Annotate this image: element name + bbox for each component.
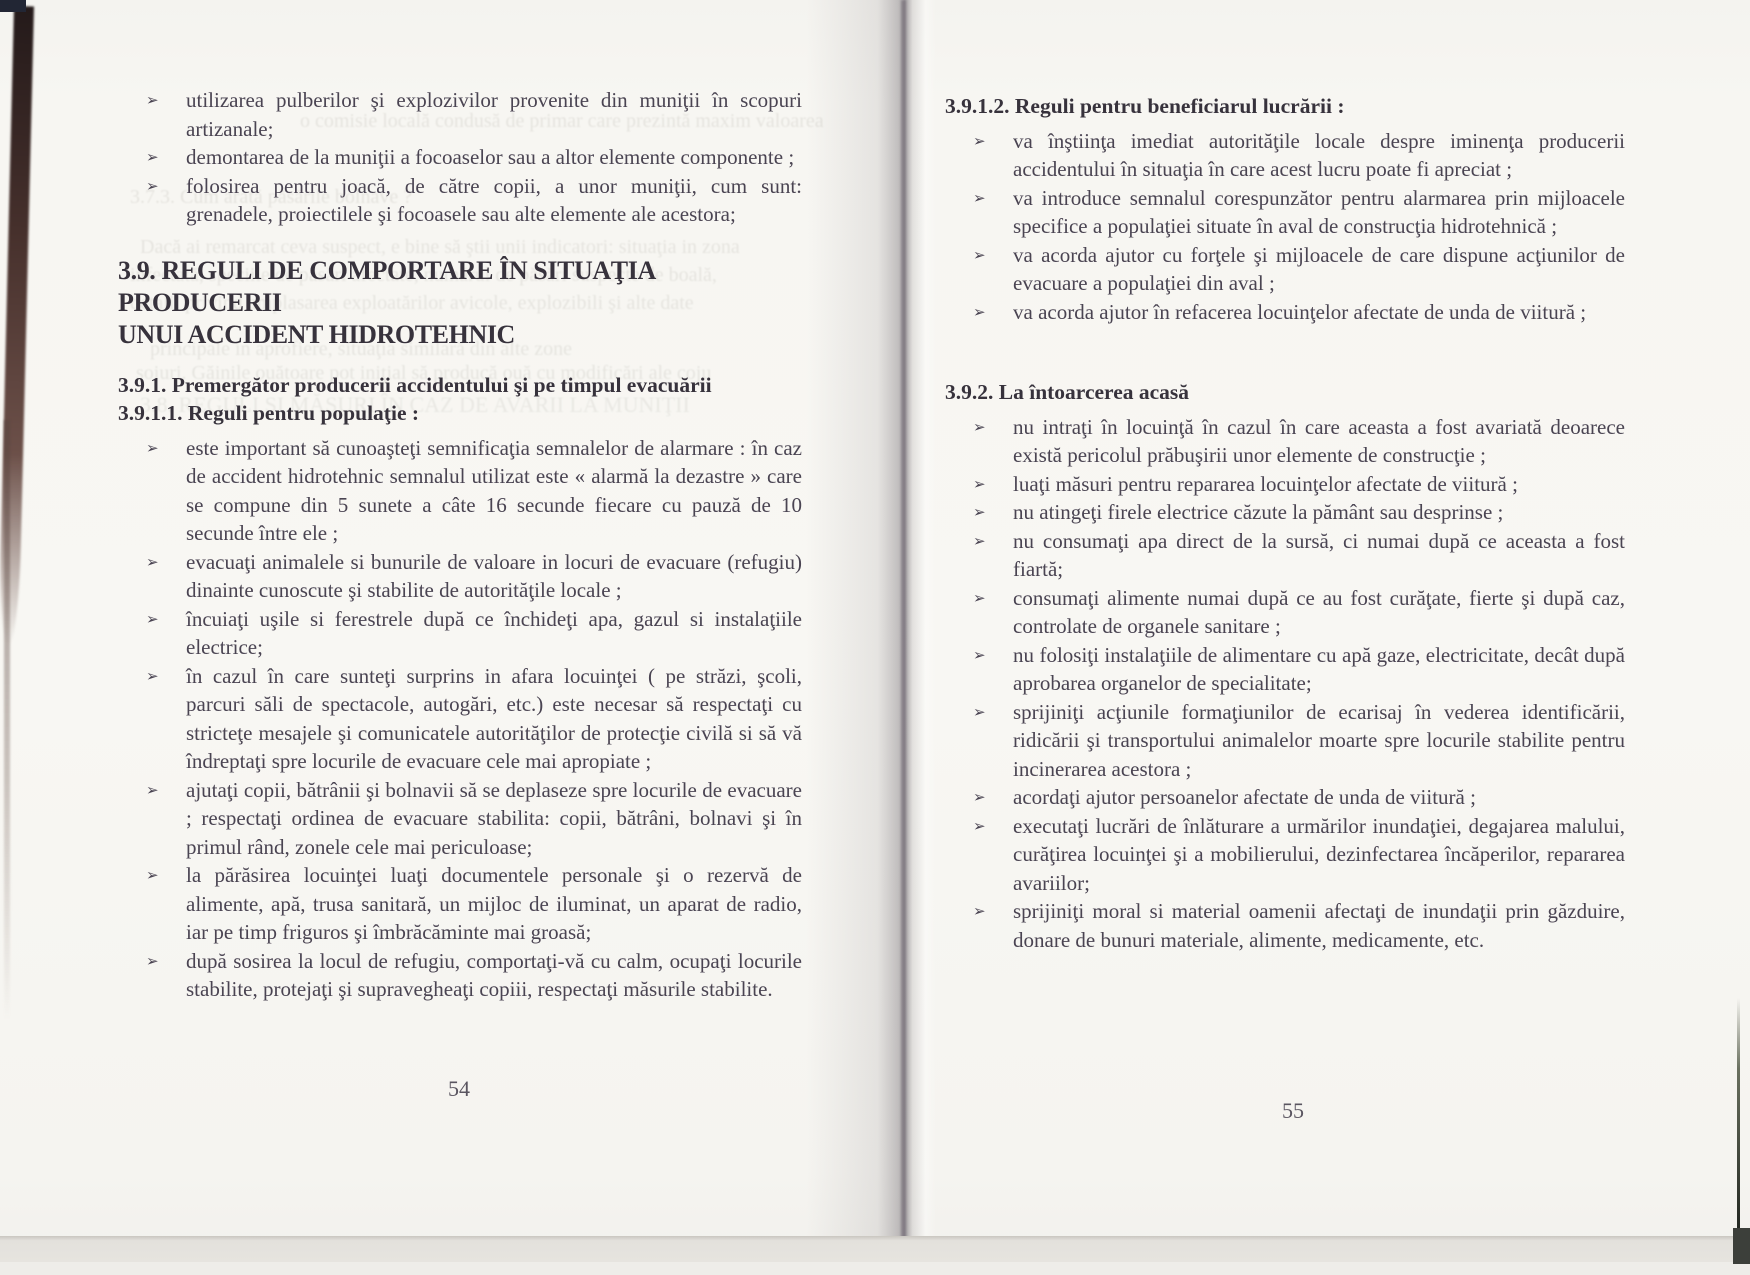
list-item-text: va acorda ajutor în refacerea locuinţelo…	[1013, 298, 1625, 327]
list-item-text: sprijiniţi moral si material oamenii afe…	[1013, 897, 1625, 954]
arrow-bullet-icon: ➢	[146, 605, 186, 634]
arrow-bullet-icon: ➢	[146, 776, 186, 805]
list-item: ➢ după sosirea la locul de refugiu, comp…	[118, 947, 802, 1004]
list-item-text: nu consumaţi apa direct de la sursă, ci …	[1013, 527, 1625, 584]
scan-corner-mark	[0, 0, 26, 12]
list-item-text: este important să cunoaşteţi semnificaţi…	[186, 434, 802, 548]
arrow-bullet-icon: ➢	[146, 861, 186, 890]
population-rules-list: ➢ este important să cunoaşteţi semnifica…	[118, 434, 802, 1004]
arrow-bullet-icon: ➢	[146, 548, 186, 577]
arrow-bullet-icon: ➢	[973, 184, 1013, 213]
list-item: ➢ va introduce semnalul corespunzător pe…	[945, 184, 1625, 241]
arrow-bullet-icon: ➢	[973, 698, 1013, 727]
arrow-bullet-icon: ➢	[146, 662, 186, 691]
desk-surface	[0, 1262, 1750, 1275]
arrow-bullet-icon: ➢	[146, 434, 186, 463]
list-item-text: ajutaţi copii, bătrânii şi bolnavii să s…	[186, 776, 802, 862]
list-item-text: consumaţi alimente numai după ce au fost…	[1013, 584, 1625, 641]
arrow-bullet-icon: ➢	[973, 812, 1013, 841]
subsection-heading-391: 3.9.1. Premergător producerii accidentul…	[118, 371, 802, 400]
arrow-bullet-icon: ➢	[973, 413, 1013, 442]
list-item: ➢ la părăsirea locuinţei luaţi documente…	[118, 861, 802, 947]
arrow-bullet-icon: ➢	[973, 897, 1013, 926]
arrow-bullet-icon: ➢	[973, 470, 1013, 499]
section-heading-line2: UNUI ACCIDENT HIDROTEHNIC	[118, 319, 802, 351]
left-page: ➢ utilizarea pulberilor şi explozivilor …	[118, 86, 802, 1004]
list-item: ➢ nu folosiţi instalaţiile de alimentare…	[945, 641, 1625, 698]
list-item-text: nu intraţi în locuinţă în cazul în care …	[1013, 413, 1625, 470]
list-item: ➢ acordaţi ajutor persoanelor afectate d…	[945, 783, 1625, 812]
arrow-bullet-icon: ➢	[973, 127, 1013, 156]
list-item: ➢ nu intraţi în locuinţă în cazul în car…	[945, 413, 1625, 470]
list-item: ➢ nu atingeţi firele electrice căzute la…	[945, 498, 1625, 527]
subsection-heading-3911: 3.9.1.1. Reguli pentru populaţie :	[118, 399, 802, 428]
list-item-text: demontarea de la muniţii a focoaselor sa…	[186, 143, 802, 172]
beneficiary-rules-list: ➢ va înştiinţa imediat autorităţile loca…	[945, 127, 1625, 327]
scan-right-edge-line	[1737, 998, 1740, 1234]
list-item: ➢ va înştiinţa imediat autorităţile loca…	[945, 127, 1625, 184]
list-item: ➢ luaţi măsuri pentru repararea locuinţe…	[945, 470, 1625, 499]
list-item-text: după sosirea la locul de refugiu, compor…	[186, 947, 802, 1004]
arrow-bullet-icon: ➢	[973, 298, 1013, 327]
list-item-text: nu folosiţi instalaţiile de alimentare c…	[1013, 641, 1625, 698]
list-item: ➢ sprijiniţi acţiunile formaţiunilor de …	[945, 698, 1625, 784]
subsection-heading-392: 3.9.2. La întoarcerea acasă	[945, 378, 1625, 407]
book-binding-line	[901, 0, 906, 1262]
list-item-text: luaţi măsuri pentru repararea locuinţelo…	[1013, 470, 1625, 499]
page-number-right: 55	[1282, 1098, 1304, 1124]
list-item-text: folosirea pentru joacă, de către copii, …	[186, 172, 802, 229]
list-item: ➢ consumaţi alimente numai după ce au fo…	[945, 584, 1625, 641]
list-item-text: va introduce semnalul corespunzător pent…	[1013, 184, 1625, 241]
list-item: ➢ utilizarea pulberilor şi explozivilor …	[118, 86, 802, 143]
list-item: ➢ evacuaţi animalele si bunurile de valo…	[118, 548, 802, 605]
list-item-text: va acorda ajutor cu forţele şi mijloacel…	[1013, 241, 1625, 298]
list-item: ➢ în cazul în care sunteţi surprins in a…	[118, 662, 802, 776]
arrow-bullet-icon: ➢	[973, 498, 1013, 527]
arrow-bullet-icon: ➢	[973, 641, 1013, 670]
list-item-text: utilizarea pulberilor şi explozivilor pr…	[186, 86, 802, 143]
arrow-bullet-icon: ➢	[146, 947, 186, 976]
list-item-text: evacuaţi animalele si bunurile de valoar…	[186, 548, 802, 605]
list-item-text: executaţi lucrări de înlăturare a urmări…	[1013, 812, 1625, 898]
list-item: ➢ este important să cunoaşteţi semnifica…	[118, 434, 802, 548]
list-item: ➢ nu consumaţi apa direct de la sursă, c…	[945, 527, 1625, 584]
arrow-bullet-icon: ➢	[973, 584, 1013, 613]
page-bottom-edge	[0, 1236, 1750, 1262]
scan-right-corner-mark	[1733, 1228, 1750, 1264]
munitions-rules-list: ➢ utilizarea pulberilor şi explozivilor …	[118, 86, 802, 229]
list-item-text: în cazul în care sunteţi surprins in afa…	[186, 662, 802, 776]
list-item-text: la părăsirea locuinţei luaţi documentele…	[186, 861, 802, 947]
page-number-left: 54	[448, 1076, 470, 1102]
list-item: ➢ demontarea de la muniţii a focoaselor …	[118, 143, 802, 172]
list-item: ➢ va acorda ajutor cu forţele şi mijloac…	[945, 241, 1625, 298]
subsection-heading-3912: 3.9.1.2. Reguli pentru beneficiarul lucr…	[945, 92, 1625, 121]
arrow-bullet-icon: ➢	[973, 783, 1013, 812]
list-item: ➢ ajutaţi copii, bătrânii şi bolnavii să…	[118, 776, 802, 862]
section-heading: 3.9. REGULI DE COMPORTARE ÎN SITUAŢIA PR…	[118, 255, 802, 351]
book-scan-background: o comisie locală condusă de primar care …	[0, 0, 1750, 1275]
list-item: ➢ executaţi lucrări de înlăturare a urmă…	[945, 812, 1625, 898]
returning-home-rules-list: ➢ nu intraţi în locuinţă în cazul în car…	[945, 413, 1625, 955]
arrow-bullet-icon: ➢	[146, 143, 186, 172]
list-item: ➢ va acorda ajutor în refacerea locuinţe…	[945, 298, 1625, 327]
list-item-text: sprijiniţi acţiunile formaţiunilor de ec…	[1013, 698, 1625, 784]
list-item-text: acordaţi ajutor persoanelor afectate de …	[1013, 783, 1625, 812]
list-item: ➢ folosirea pentru joacă, de către copii…	[118, 172, 802, 229]
list-item: ➢ încuiaţi uşile si ferestrele după ce î…	[118, 605, 802, 662]
list-item-text: va înştiinţa imediat autorităţile locale…	[1013, 127, 1625, 184]
arrow-bullet-icon: ➢	[146, 86, 186, 115]
arrow-bullet-icon: ➢	[973, 527, 1013, 556]
list-item-text: nu atingeţi firele electrice căzute la p…	[1013, 498, 1625, 527]
list-item-text: încuiaţi uşile si ferestrele după ce înc…	[186, 605, 802, 662]
section-heading-line1: 3.9. REGULI DE COMPORTARE ÎN SITUAŢIA PR…	[118, 255, 802, 319]
scan-left-edge-tail	[4, 420, 10, 1020]
book-binding-shadow	[806, 0, 936, 1262]
right-page: 3.9.1.2. Reguli pentru beneficiarul lucr…	[945, 92, 1625, 954]
arrow-bullet-icon: ➢	[973, 241, 1013, 270]
list-item: ➢ sprijiniţi moral si material oamenii a…	[945, 897, 1625, 954]
arrow-bullet-icon: ➢	[146, 172, 186, 201]
